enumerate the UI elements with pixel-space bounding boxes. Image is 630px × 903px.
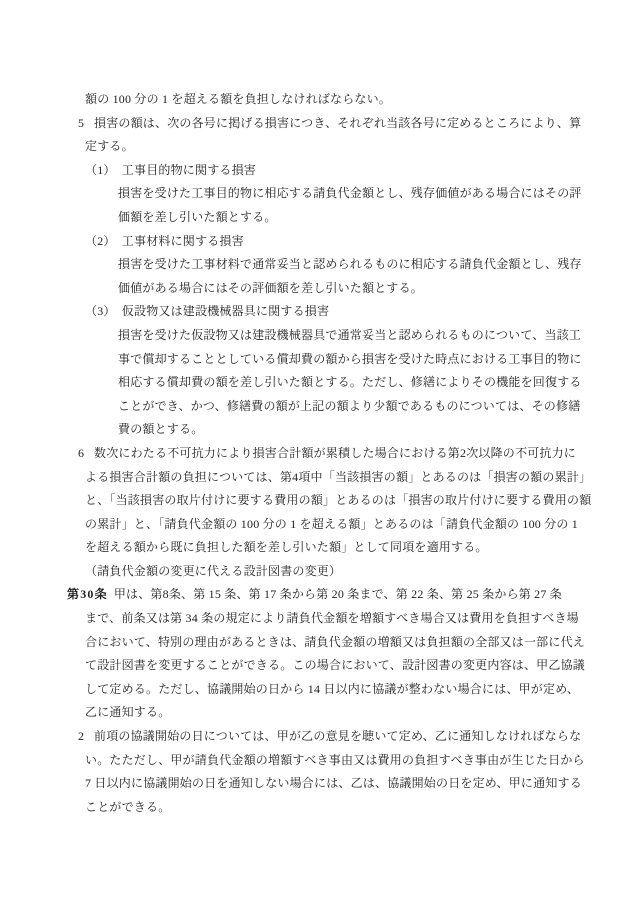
text-line: まで、前条又は第 34 条の規定により請負代金額を増額すべき場合又は費用を負担す… [0,607,630,631]
text-line: を超える額から既に負担した額を差し引いた額」として同項を適用する。 [0,536,630,560]
text-line: 費の額とする。 [0,418,630,442]
document-page: 額の 100 分の 1 を超える額を負担しなければならない。5損害の額は、次の各… [0,0,630,903]
text-line: 価値がある場合にはその評価額を差し引いた額とする。 [0,277,630,301]
text-line: と、「当該損害の取片付けに要する費用の額」とあるのは「損害の取片付けに要する費用… [0,489,630,513]
text-line: 6数次にわたる不可抗力により損害合計額が累積した場合における第2次以降の不可抗力… [0,442,630,466]
text-line: て設計図書を変更することができる。この場合において、設計図書の変更内容は、甲乙協… [0,654,630,678]
text-line: して定める。ただし、協議開始の日から 14 日以内に協議が整わない場合には、甲が… [0,678,630,702]
text-line: 5損害の額は、次の各号に掲げる損害につき、それぞれ当該各号に定めるところにより、… [0,112,630,136]
text-line: 相応する償却費の額を差し引いた額とする。ただし、修繕によりその機能を回復する [0,371,630,395]
text-line: （1） 工事目的物に関する損害 [0,159,630,183]
text-line: ことができ、かつ、修繕費の額が上記の額より少額であるものについては、その修繕 [0,395,630,419]
text-line: 2前項の協議開始の日については、甲が乙の意見を聴いて定め、乙に通知しなければなら… [0,725,630,749]
paragraph-number: 6 [78,442,94,466]
paragraph-number: 2 [78,725,94,749]
text-line: 事で償却することとしている償却費の額から損害を受けた時点における工事目的物に [0,348,630,372]
text-line: よる損害合計額の負担については、第4項中「当該損害の額」とあるのは「損害の額の累… [0,466,630,490]
text-line: 乙に通知する。 [0,701,630,725]
text-line: 価額を差し引いた額とする。 [0,206,630,230]
text-line: ことができる。 [0,796,630,820]
text-line: 額の 100 分の 1 を超える額を負担しなければならない。 [0,88,630,112]
paragraph-number: 5 [78,112,94,136]
article-number: 第30条 [67,587,108,601]
text-line: 損害を受けた工事目的物に相応する請負代金額とし、残存価値がある場合にはその評 [0,182,630,206]
text-line: 合において、特別の理由があるときは、請負代金額の増額又は負担額の全部又は一部に代… [0,631,630,655]
text-line: （3） 仮設物又は建設機械器具に関する損害 [0,300,630,324]
text-line: 第30条甲は、第8条、第 15 条、第 17 条から第 20 条まで、第 22 … [0,583,630,607]
text-line: い。たただし、甲が請負代金額の増額すべき事由又は費用の負担すべき事由が生じた日か… [0,749,630,773]
text-line: の累計」と、「請負代金額の 100 分の 1 を超える額」とあるのは「請負代金額… [0,513,630,537]
text-line: 損害を受けた工事材料で通常妥当と認められるものに相応する請負代金額とし、残存 [0,253,630,277]
text-line: 7 日以内に協議開始の日を通知しない場合には、乙は、協議開始の日を定め、甲に通知… [0,772,630,796]
text-line: 損害を受けた仮設物又は建設機械器具で通常妥当と認められるものについて、当該工 [0,324,630,348]
text-line: （2） 工事材料に関する損害 [0,230,630,254]
text-line: （請負代金額の変更に代える設計図書の変更） [0,560,630,584]
text-line: 定する。 [0,135,630,159]
